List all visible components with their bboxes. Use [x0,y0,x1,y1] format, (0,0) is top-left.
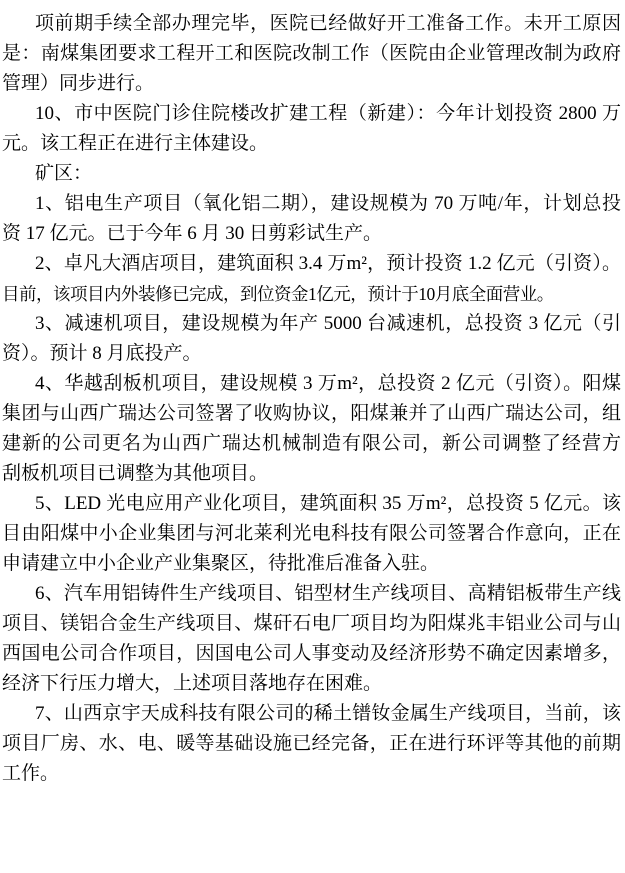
text-line: 项目、镁铝合金生产线项目、煤矸石电厂项目均为阳煤兆丰铝业公司与山 [2,609,621,639]
text-line: 资）。预计 8 月底投产。 [2,339,621,369]
text-line: 经济下行压力增大，上述项目落地存在困难。 [2,669,621,699]
text-line: 西国电公司合作项目，因国电公司人事变动及经济形势不确定因素增多， [2,639,621,669]
text-line: 项前期手续全部办理完毕，医院已经做好开工准备工作。未开工原因 [2,9,621,39]
text-line: 目由阳煤中小企业集团与河北莱利光电科技有限公司签署合作意向，正在 [2,519,621,549]
text-line: 工作。 [2,759,621,789]
text-line: 建新的公司更名为山西广瑞达机械制造有限公司，新公司调整了经营方向， [2,429,621,459]
document-body: 项前期手续全部办理完毕，医院已经做好开工准备工作。未开工原因是：南煤集团要求工程… [2,9,621,789]
paragraph: 项前期手续全部办理完毕，医院已经做好开工准备工作。未开工原因是：南煤集团要求工程… [2,9,621,99]
text-line: 3、减速机项目，建设规模为年产 5000 台减速机，总投资 3 亿元（引 [2,309,621,339]
text-line: 管理）同步进行。 [2,69,621,99]
text-line: 2、卓凡大酒店项目，建筑面积 3.4 万m²，预计投资 1.2 亿元（引资）。 [2,249,621,279]
text-line: 6、汽车用铝铸件生产线项目、铝型材生产线项目、高精铝板带生产线 [2,579,621,609]
paragraph: 7、山西京宇天成科技有限公司的稀土镨钕金属生产线项目，当前，该项目厂房、水、电、… [2,699,621,789]
text-line: 刮板机项目已调整为其他项目。 [2,459,621,489]
paragraph: 矿区： [2,159,621,189]
text-line: 10、市中医院门诊住院楼改扩建工程（新建）：今年计划投资 2800 万 [2,99,621,129]
paragraph: 1、铝电生产项目（氧化铝二期），建设规模为 70 万吨/年，计划总投资 17 亿… [2,189,621,249]
paragraph: 3、减速机项目，建设规模为年产 5000 台减速机，总投资 3 亿元（引资）。预… [2,309,621,369]
paragraph: 6、汽车用铝铸件生产线项目、铝型材生产线项目、高精铝板带生产线项目、镁铝合金生产… [2,579,621,699]
text-line: 集团与山西广瑞达公司签署了收购协议，阳煤兼并了山西广瑞达公司，组 [2,399,621,429]
paragraph: 2、卓凡大酒店项目，建筑面积 3.4 万m²，预计投资 1.2 亿元（引资）。目… [2,249,621,309]
text-line: 7、山西京宇天成科技有限公司的稀土镨钕金属生产线项目，当前，该 [2,699,621,729]
text-line: 是：南煤集团要求工程开工和医院改制工作（医院由企业管理改制为政府 [2,39,621,69]
text-line: 项目厂房、水、电、暖等基础设施已经完备，正在进行环评等其他的前期 [2,729,621,759]
paragraph: 4、华越刮板机项目，建设规模 3 万m²，总投资 2 亿元（引资）。阳煤集团与山… [2,369,621,489]
text-line: 资 17 亿元。已于今年 6 月 30 日剪彩试生产。 [2,219,621,249]
paragraph: 10、市中医院门诊住院楼改扩建工程（新建）：今年计划投资 2800 万元。该工程… [2,99,621,159]
text-line: 4、华越刮板机项目，建设规模 3 万m²，总投资 2 亿元（引资）。阳煤 [2,369,621,399]
text-line: 申请建立中小企业产业集聚区，待批准后准备入驻。 [2,549,621,579]
document-page: 项前期手续全部办理完毕，医院已经做好开工准备工作。未开工原因是：南煤集团要求工程… [0,0,625,873]
text-line: 矿区： [2,159,621,189]
text-line: 目前，该项目内外装修已完成，到位资金1亿元，预计于10月底全面营业。 [2,279,621,309]
text-line: 5、LED 光电应用产业化项目，建筑面积 35 万m²，总投资 5 亿元。该项 [2,489,621,519]
text-line: 元。该工程正在进行主体建设。 [2,129,621,159]
text-line: 1、铝电生产项目（氧化铝二期），建设规模为 70 万吨/年，计划总投 [2,189,621,219]
paragraph: 5、LED 光电应用产业化项目，建筑面积 35 万m²，总投资 5 亿元。该项目… [2,489,621,579]
